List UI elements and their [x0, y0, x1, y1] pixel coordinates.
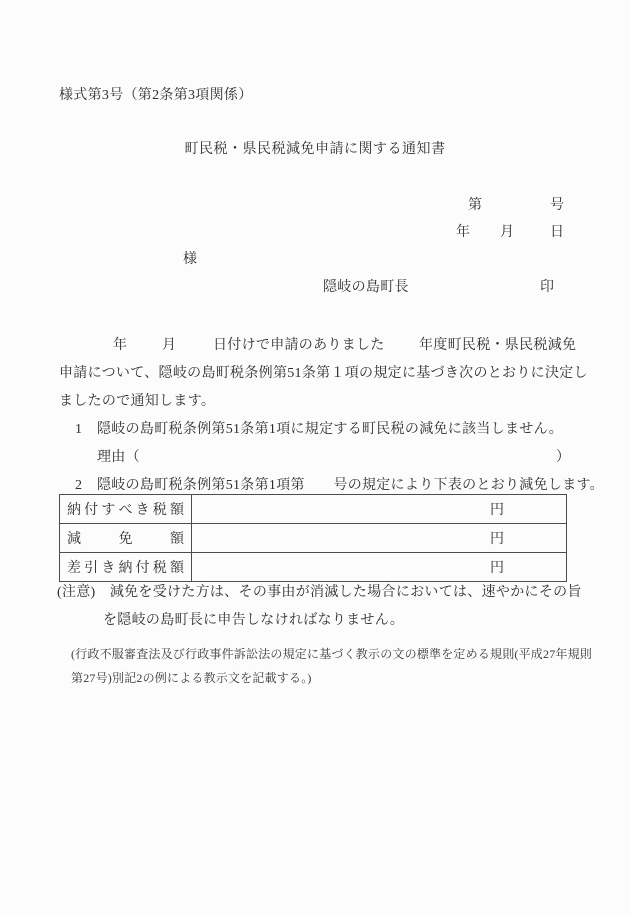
- exemption-table: 納付すべき税額 円 減免額 円 差引き納付税額 円: [59, 494, 567, 582]
- document-title: 町民税・県民税減免申請に関する通知書: [0, 141, 630, 158]
- seal-mark: 印: [540, 279, 554, 296]
- row-label-exemption-amount: 減免額: [60, 524, 192, 552]
- body-line1-text: 日付けで申請のありました: [213, 337, 385, 354]
- sender-title: 隠岐の島町長: [323, 279, 409, 296]
- document-page: 様式第3号（第2条第3項関係） 町民税・県民税減免申請に関する通知書 第 号 年…: [0, 0, 630, 915]
- row-unit-tax-due: 円: [192, 495, 566, 523]
- doc-number-suffix: 号: [550, 197, 564, 214]
- note-line2: を隠岐の島町長に申告しなければなりません。: [103, 612, 404, 629]
- item1-number: 1: [75, 421, 82, 438]
- row-label-tax-due: 納付すべき税額: [60, 495, 192, 523]
- row-label-net-tax-due: 差引き納付税額: [60, 553, 192, 581]
- table-row: 差引き納付税額 円: [60, 553, 566, 581]
- addressee-honorific: 様: [183, 251, 197, 268]
- fine-print-line2: 第27号)別記2の例による教示文を記載する。): [71, 670, 312, 687]
- date-month-label: 月: [500, 224, 514, 241]
- row-unit-exemption-amount: 円: [192, 524, 566, 552]
- note-line1: (注意) 減免を受けた方は、その事由が消滅した場合においては、速やかにその旨: [57, 584, 582, 601]
- fine-print-line1: (行政不服審査法及び行政事件訴訟法の規定に基づく教示の文の標準を定める規則(平成…: [71, 646, 592, 663]
- row-unit-net-tax-due: 円: [192, 553, 566, 581]
- body-line1-fiscal: 年度町民税・県民税減免: [419, 337, 576, 354]
- item2-number: 2: [75, 477, 82, 494]
- doc-number-prefix: 第: [468, 197, 482, 214]
- reason-close-paren: ）: [556, 449, 570, 466]
- form-number: 様式第3号（第2条第3項関係）: [59, 87, 253, 104]
- item1-text: 隠岐の島町税条例第51条第1項に規定する町民税の減免に該当しません。: [97, 421, 563, 438]
- body-month-label: 月: [162, 337, 176, 354]
- reason-label: 理由（: [97, 449, 140, 466]
- body-year-label: 年: [113, 337, 127, 354]
- item2-text: 隠岐の島町税条例第51条第1項第 号の規定により下表のとおり減免します。: [97, 477, 604, 494]
- body-line2: 申請について、隠岐の島町税条例第51条第１項の規定に基づき次のとおりに決定し: [59, 365, 588, 382]
- table-row: 減免額 円: [60, 524, 566, 553]
- date-year-label: 年: [456, 224, 470, 241]
- body-line3: ましたので通知します。: [59, 393, 215, 410]
- table-row: 納付すべき税額 円: [60, 495, 566, 524]
- date-day-label: 日: [550, 224, 564, 241]
